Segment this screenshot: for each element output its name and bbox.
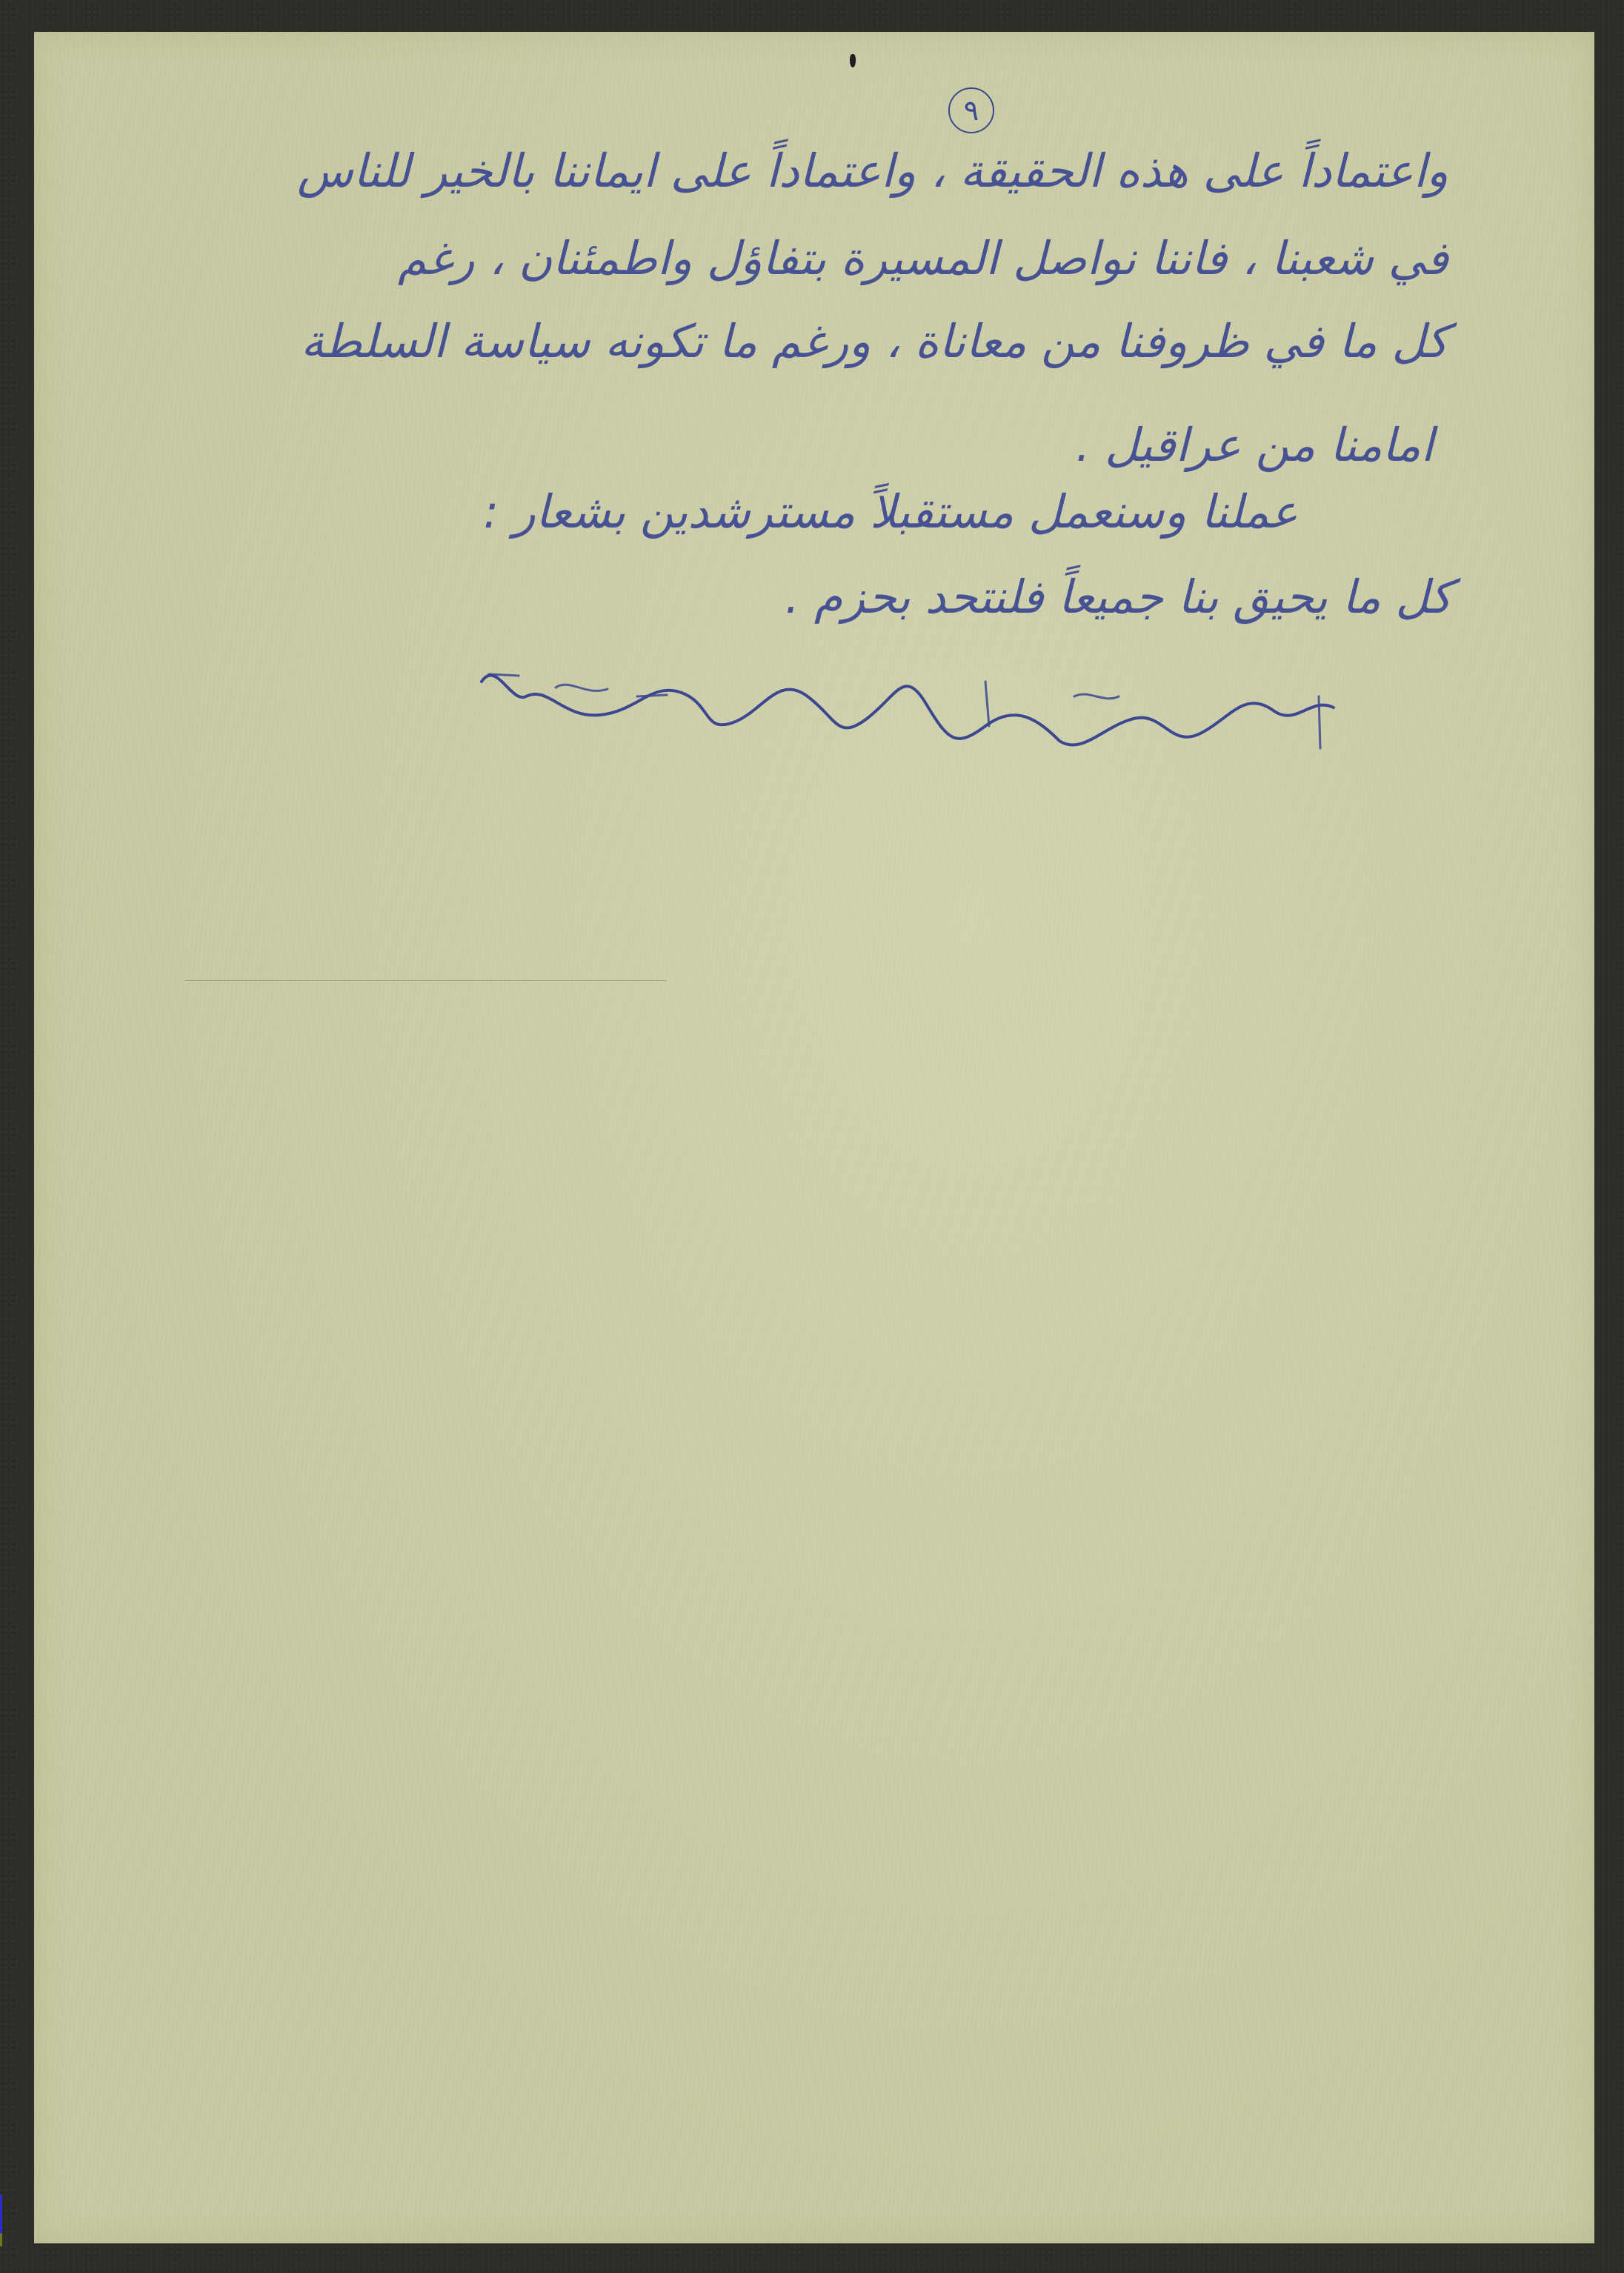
circled-page-number: ٩ [948, 87, 994, 133]
handwritten-line-3: كل ما في ظروفنا من معاناة ، ورغم ما تكون… [301, 319, 1448, 365]
ink-mark [850, 54, 856, 67]
handwritten-line-1: واعتماداً على هذه الحقيقة ، واعتماداً عل… [297, 148, 1448, 194]
handwritten-line-2: في شعبنا ، فاننا نواصل المسيرة بتفاؤل وا… [398, 236, 1448, 282]
handwritten-line-5: عملنا وسنعمل مستقبلاً مسترشدين بشعار : [483, 489, 1298, 535]
signature [467, 652, 1341, 763]
color-calibration-strip [0, 2194, 2, 2246]
pencil-line [185, 980, 667, 981]
handwritten-line-6: كل ما يحيق بنا جميعاً فلنتحد بحزم . [785, 574, 1452, 620]
handwritten-line-4: امامنا من عراقيل . [1076, 422, 1434, 468]
page-number-text: ٩ [964, 94, 979, 127]
